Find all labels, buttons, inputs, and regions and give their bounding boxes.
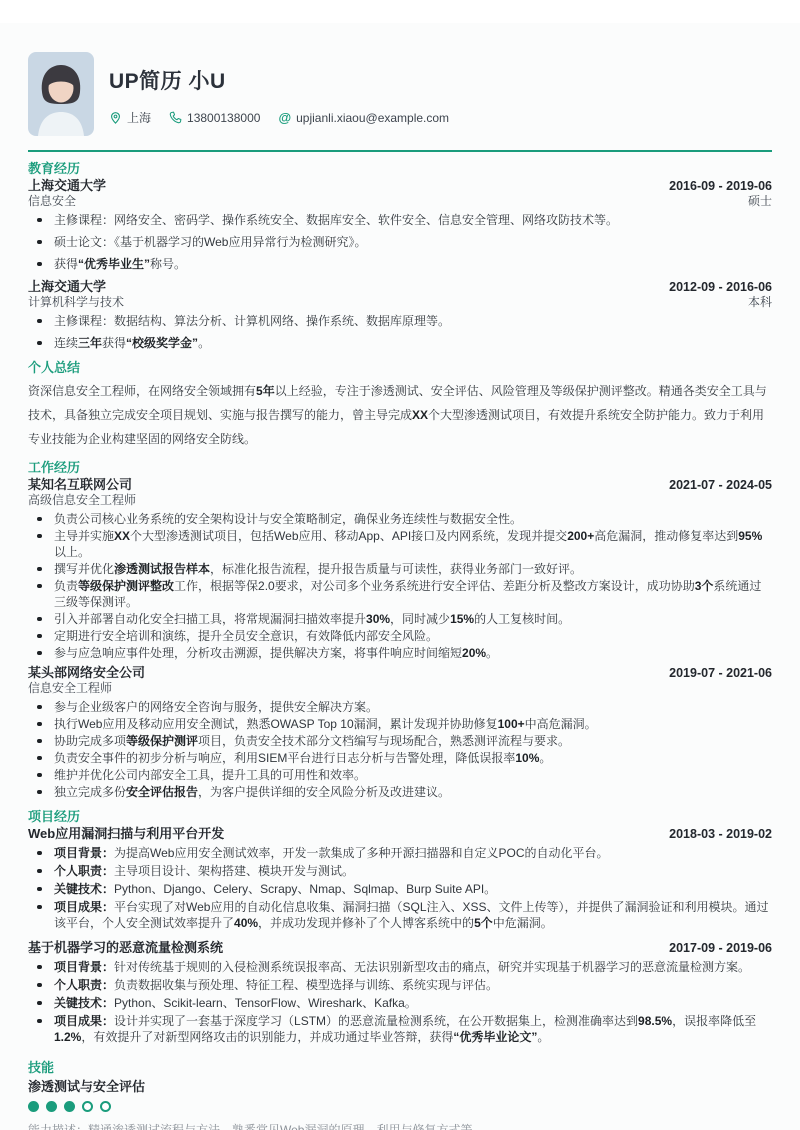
- entry-date: 2019-07 - 2021-06: [669, 666, 772, 680]
- resume-sections: 教育经历上海交通大学2016-09 - 2019-06信息安全硕士主修课程：网络…: [28, 160, 772, 1130]
- email-at-icon: @: [278, 111, 291, 124]
- bullet-item: 项目背景：为提高Web应用安全测试效率，开发一款集成了多种开源扫描器和自定义PO…: [28, 845, 772, 861]
- location-pin-icon: [109, 111, 122, 125]
- section-education: 教育经历上海交通大学2016-09 - 2019-06信息安全硕士主修课程：网络…: [28, 160, 772, 351]
- entry: 上海交通大学2016-09 - 2019-06信息安全硕士主修课程：网络安全、密…: [28, 177, 772, 272]
- phone-text: 13800138000: [187, 111, 260, 125]
- bullet-item: 主修课程：数据结构、算法分析、计算机网络、操作系统、数据库原理等。: [28, 313, 772, 329]
- entry-bullet-list: 主修课程：网络安全、密码学、操作系统安全、数据库安全、软件安全、信息安全管理、网…: [28, 212, 772, 272]
- resume-page: UP简历 小U 上海 13800138000 @: [0, 0, 800, 1130]
- bullet-item: 关键技术：Python、Scikit-learn、TensorFlow、Wire…: [28, 995, 772, 1011]
- bullet-item: 硕士论文：《基于机器学习的Web应用异常行为检测研究》。: [28, 234, 772, 250]
- entry-date: 2012-09 - 2016-06: [669, 280, 772, 294]
- skill-dot-filled: [28, 1101, 39, 1112]
- bullet-item: 主修课程：网络安全、密码学、操作系统安全、数据库安全、软件安全、信息安全管理、网…: [28, 212, 772, 228]
- entry-title-row: Web应用漏洞扫描与利用平台开发2018-03 - 2019-02: [28, 825, 772, 842]
- bullet-item: 引入并部署自动化安全扫描工具，将常规漏洞扫描效率提升30%，同时减少15%的人工…: [28, 611, 772, 627]
- entry-title: 基于机器学习的恶意流量检测系统: [28, 939, 223, 956]
- entry-date: 2016-09 - 2019-06: [669, 179, 772, 193]
- section-summary: 个人总结资深信息安全工程师，在网络安全领域拥有5年以上经验，专注于渗透测试、安全…: [28, 359, 772, 451]
- bullet-item: 获得“优秀毕业生”称号。: [28, 256, 772, 272]
- candidate-name: UP简历 小U: [109, 65, 449, 95]
- bullet-item: 负责公司核心业务系统的安全架构设计与安全策略制定，确保业务连续性与数据安全性。: [28, 511, 772, 527]
- section-projects: 项目经历Web应用漏洞扫描与利用平台开发2018-03 - 2019-02项目背…: [28, 808, 772, 1045]
- section-work: 工作经历某知名互联网公司2021-07 - 2024-05高级信息安全工程师负责…: [28, 459, 772, 800]
- entry-degree: 硕士: [748, 194, 772, 209]
- header-info: UP简历 小U 上海 13800138000 @: [109, 52, 449, 136]
- entry-title: Web应用漏洞扫描与利用平台开发: [28, 825, 224, 842]
- phone-icon: [169, 111, 182, 124]
- bullet-item: 项目成果：平台实现了对Web应用的自动化信息收集、漏洞扫描（SQL注入、XSS、…: [28, 899, 772, 931]
- entry-bullet-list: 负责公司核心业务系统的安全架构设计与安全策略制定，确保业务连续性与数据安全性。主…: [28, 511, 772, 661]
- phone-item: 13800138000: [169, 111, 260, 125]
- bullet-item: 执行Web应用及移动应用安全测试，熟悉OWASP Top 10漏洞，累计发现并协…: [28, 716, 772, 732]
- entry-title-row: 某知名互联网公司2021-07 - 2024-05: [28, 476, 772, 493]
- bullet-item: 撰写并优化渗透测试报告样本，标准化报告流程，提升报告质量与可读性，获得业务部门一…: [28, 561, 772, 577]
- bullet-item: 参与企业级客户的网络安全咨询与服务，提供安全解决方案。: [28, 699, 772, 715]
- bullet-item: 关键技术：Python、Django、Celery、Scrapy、Nmap、Sq…: [28, 881, 772, 897]
- entry-subtitle: 信息安全: [28, 194, 76, 209]
- skill-description-clipped: 能力描述：精通渗透测试流程与方法，熟悉常见Web漏洞的原理、利用与修复方式等。: [28, 1122, 772, 1130]
- bullet-item: 个人职责：负责数据收集与预处理、特征工程、模型选择与训练、系统实现与评估。: [28, 977, 772, 993]
- bullet-item: 独立完成多份安全评估报告，为客户提供详细的安全风险分析及改进建议。: [28, 784, 772, 800]
- profile-photo: [28, 52, 94, 136]
- entry: Web应用漏洞扫描与利用平台开发2018-03 - 2019-02项目背景：为提…: [28, 825, 772, 931]
- bullet-item: 主导并实施XX个大型渗透测试项目，包括Web应用、移动App、API接口及内网系…: [28, 528, 772, 560]
- entry-date: 2017-09 - 2019-06: [669, 941, 772, 955]
- entry-subtitle: 信息安全工程师: [28, 681, 112, 696]
- profile-photo-placeholder: [28, 52, 94, 136]
- bullet-item: 负责等级保护测评整改工作，根据等保2.0要求，对公司多个业务系统进行安全评估、差…: [28, 578, 772, 610]
- entry-title-row: 基于机器学习的恶意流量检测系统2017-09 - 2019-06: [28, 939, 772, 956]
- bullet-item: 维护并优化公司内部安全工具，提升工具的可用性和效率。: [28, 767, 772, 783]
- resume-header: UP简历 小U 上海 13800138000 @: [28, 0, 772, 152]
- entry-subtitle-row: 计算机科学与技术本科: [28, 295, 772, 310]
- email-text: upjianli.xiaou@example.com: [296, 111, 449, 125]
- entry: 基于机器学习的恶意流量检测系统2017-09 - 2019-06项目背景：针对传…: [28, 939, 772, 1045]
- bullet-item: 连续三年获得“校级奖学金”。: [28, 335, 772, 351]
- entry-subtitle: 计算机科学与技术: [28, 295, 124, 310]
- bullet-item: 项目背景：针对传统基于规则的入侵检测系统误报率高、无法识别新型攻击的痛点，研究并…: [28, 959, 772, 975]
- skill-level-dots: [28, 1101, 772, 1112]
- entry-title-row: 某头部网络安全公司2019-07 - 2021-06: [28, 664, 772, 681]
- entry-title: 某头部网络安全公司: [28, 664, 145, 681]
- entry: 某头部网络安全公司2019-07 - 2021-06信息安全工程师参与企业级客户…: [28, 664, 772, 800]
- bullet-item: 项目成果：设计并实现了一套基于深度学习（LSTM）的恶意流量检测系统，在公开数据…: [28, 1013, 772, 1045]
- skill-dot-hollow: [100, 1101, 111, 1112]
- entry-subtitle-row: 信息安全硕士: [28, 194, 772, 209]
- contact-row: 上海 13800138000 @ upjianli.xiaou@example.…: [109, 109, 449, 126]
- entry-date: 2018-03 - 2019-02: [669, 827, 772, 841]
- entry-subtitle-row: 信息安全工程师: [28, 681, 772, 696]
- summary-paragraph: 资深信息安全工程师，在网络安全领域拥有5年以上经验，专注于渗透测试、安全评估、风…: [28, 379, 772, 451]
- skill-dot-filled: [46, 1101, 57, 1112]
- location-item: 上海: [109, 109, 151, 126]
- entry-title: 上海交通大学: [28, 177, 106, 194]
- email-item: @ upjianli.xiaou@example.com: [278, 111, 449, 125]
- entry-bullet-list: 主修课程：数据结构、算法分析、计算机网络、操作系统、数据库原理等。连续三年获得“…: [28, 313, 772, 351]
- bullet-item: 个人职责：主导项目设计、架构搭建、模块开发与测试。: [28, 863, 772, 879]
- skill-dot-hollow: [82, 1101, 93, 1112]
- entry-subtitle-row: 高级信息安全工程师: [28, 493, 772, 508]
- entry-title-row: 上海交通大学2012-09 - 2016-06: [28, 278, 772, 295]
- entry-bullet-list: 项目背景：为提高Web应用安全测试效率，开发一款集成了多种开源扫描器和自定义PO…: [28, 845, 772, 931]
- section-title-work: 工作经历: [28, 459, 772, 476]
- entry-degree: 本科: [748, 295, 772, 310]
- location-text: 上海: [127, 109, 151, 126]
- bullet-item: 负责安全事件的初步分析与响应，利用SIEM平台进行日志分析与告警处理，降低误报率…: [28, 750, 772, 766]
- entry-bullet-list: 项目背景：针对传统基于规则的入侵检测系统误报率高、无法识别新型攻击的痛点，研究并…: [28, 959, 772, 1045]
- entry-subtitle: 高级信息安全工程师: [28, 493, 136, 508]
- bullet-item: 定期进行安全培训和演练，提升全员安全意识，有效降低内部安全风险。: [28, 628, 772, 644]
- section-title-projects: 项目经历: [28, 808, 772, 825]
- entry: 某知名互联网公司2021-07 - 2024-05高级信息安全工程师负责公司核心…: [28, 476, 772, 661]
- skill-name: 渗透测试与安全评估: [28, 1078, 772, 1095]
- entry-title-row: 上海交通大学2016-09 - 2019-06: [28, 177, 772, 194]
- skill-dot-filled: [64, 1101, 75, 1112]
- entry-title: 上海交通大学: [28, 278, 106, 295]
- section-title-summary: 个人总结: [28, 359, 772, 376]
- section-skills: 技能渗透测试与安全评估能力描述：精通渗透测试流程与方法，熟悉常见Web漏洞的原理…: [28, 1059, 772, 1130]
- entry-title: 某知名互联网公司: [28, 476, 132, 493]
- entry-date: 2021-07 - 2024-05: [669, 478, 772, 492]
- bullet-item: 参与应急响应事件处理，分析攻击溯源，提供解决方案，将事件响应时间缩短20%。: [28, 645, 772, 661]
- section-title-education: 教育经历: [28, 160, 772, 177]
- bullet-item: 协助完成多项等级保护测评项目，负责安全技术部分文档编写与现场配合，熟悉测评流程与…: [28, 733, 772, 749]
- entry-bullet-list: 参与企业级客户的网络安全咨询与服务，提供安全解决方案。执行Web应用及移动应用安…: [28, 699, 772, 800]
- section-title-skills: 技能: [28, 1059, 772, 1076]
- entry: 上海交通大学2012-09 - 2016-06计算机科学与技术本科主修课程：数据…: [28, 278, 772, 351]
